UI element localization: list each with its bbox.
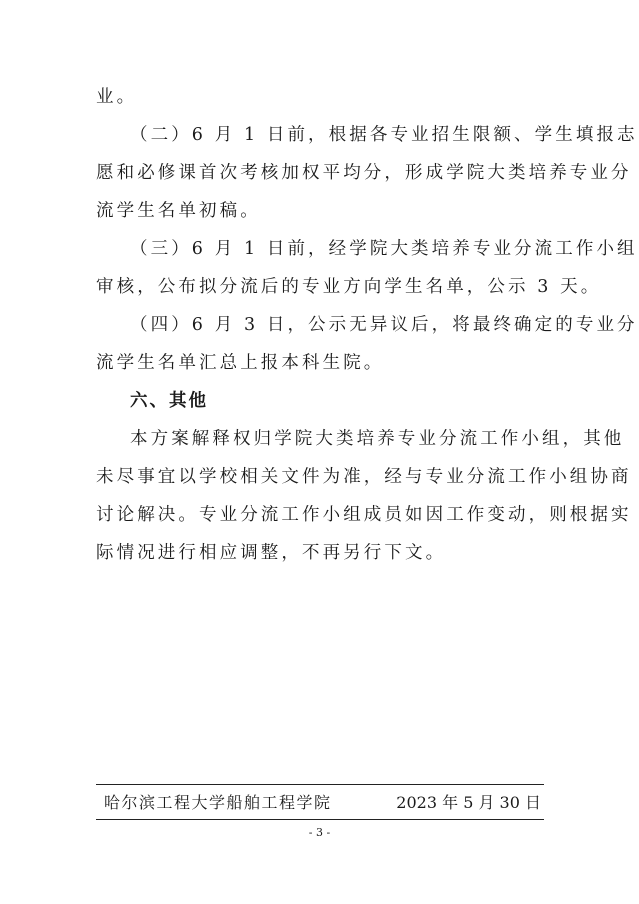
paragraph-line: （二）6 月 1 日前，根据各专业招生限额、学生填报志 [130,124,544,146]
paragraph-line: 际情况进行相应调整，不再另行下文。 [96,542,544,564]
paragraph-line: 本方案解释权归学院大类培养专业分流工作小组，其他 [130,428,544,450]
paragraph-line: （三）6 月 1 日前，经学院大类培养专业分流工作小组 [130,238,544,260]
paragraph-line: 流学生名单汇总上报本科生院。 [96,352,544,374]
paragraph-line: 审核，公布拟分流后的专业方向学生名单，公示 3 天。 [96,276,544,298]
footer-top-rule [96,784,544,785]
paragraph-line: 未尽事宜以学校相关文件为准，经与专业分流工作小组协商 [96,466,544,488]
paragraph-line: 流学生名单初稿。 [96,200,544,222]
page-number: - 3 - [0,826,639,839]
paragraph-line: 讨论解决。专业分流工作小组成员如因工作变动，则根据实 [96,504,544,526]
section-heading: 六、其他 [130,390,544,412]
footer-bottom-rule [96,819,544,820]
issue-date: 2023 年 5 月 30 日 [396,792,541,814]
issuer-name: 哈尔滨工程大学船舶工程学院 [104,792,332,814]
paragraph-line: 愿和必修课首次考核加权平均分，形成学院大类培养专业分 [96,162,544,184]
paragraph-line: 业。 [96,86,544,108]
paragraph-line: （四）6 月 3 日，公示无异议后，将最终确定的专业分 [130,314,544,336]
